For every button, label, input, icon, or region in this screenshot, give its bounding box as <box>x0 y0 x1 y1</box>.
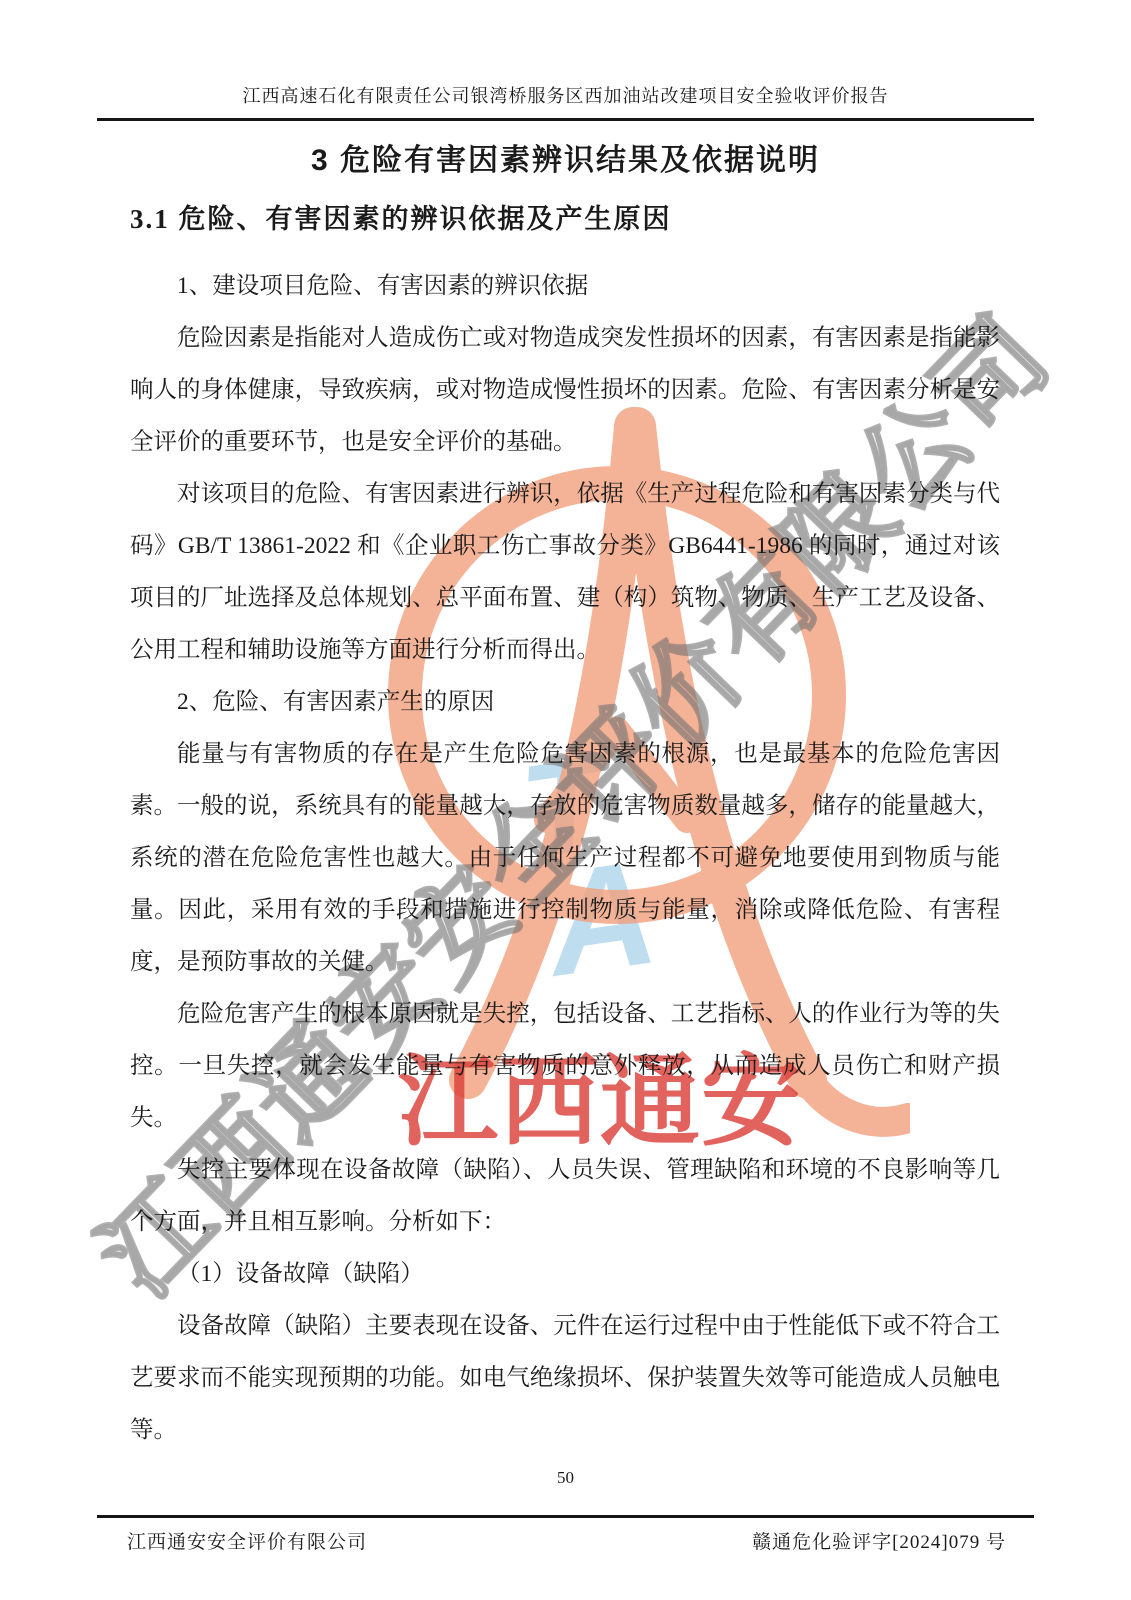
paragraph-list: 1、建设项目危险、有害因素的辨识依据 危险因素是指能对人造成伤亡或对物造成突发性… <box>130 260 1000 1456</box>
footer-company: 江西通安安全评价有限公司 <box>97 1527 367 1554</box>
paragraph: 失控主要体现在设备故障（缺陷）、人员失误、管理缺陷和环境的不良影响等几个方面，并… <box>130 1144 1000 1248</box>
paragraph: 1、建设项目危险、有害因素的辨识依据 <box>130 260 1000 312</box>
header-title: 江西高速石化有限责任公司银湾桥服务区西加油站改建项目安全验收评价报告 <box>243 86 889 106</box>
paragraph: 危险危害产生的根本原因就是失控，包括设备、工艺指标、人的作业行为等的失控。一旦失… <box>130 988 1000 1144</box>
paragraph: 对该项目的危险、有害因素进行辨识，依据《生产过程危险和有害因素分类与代码》GB/… <box>130 468 1000 676</box>
paragraph: 能量与有害物质的存在是产生危险危害因素的根源，也是最基本的危险危害因素。一般的说… <box>130 728 1000 988</box>
paragraph: （1）设备故障（缺陷） <box>130 1248 1000 1300</box>
page-content: 江西高速石化有限责任公司银湾桥服务区西加油站改建项目安全验收评价报告 3 危险有… <box>0 0 1131 1456</box>
paragraph: 设备故障（缺陷）主要表现在设备、元件在运行过程中由于性能低下或不符合工艺要求而不… <box>130 1300 1000 1456</box>
report-page: T A 江西通安安全评价有限公司 江西通安 江西高速石化有限责任公司银湾桥服务区… <box>0 0 1131 1600</box>
page-header: 江西高速石化有限责任公司银湾桥服务区西加油站改建项目安全验收评价报告 <box>97 0 1034 121</box>
page-footer: 江西通安安全评价有限公司 赣通危化验评字[2024]079 号 <box>97 1515 1034 1554</box>
footer-doc-number: 赣通危化验评字[2024]079 号 <box>752 1527 1034 1554</box>
page-number: 50 <box>0 1468 1131 1488</box>
section-title: 3.1 危险、有害因素的辨识依据及产生原因 <box>130 201 1000 237</box>
body-area: 3.1 危险、有害因素的辨识依据及产生原因 1、建设项目危险、有害因素的辨识依据… <box>130 201 1000 1455</box>
paragraph: 2、危险、有害因素产生的原因 <box>130 676 1000 728</box>
paragraph: 危险因素是指能对人造成伤亡或对物造成突发性损坏的因素，有害因素是指能影响人的身体… <box>130 312 1000 468</box>
chapter-title: 3 危险有害因素辨识结果及依据说明 <box>0 141 1131 181</box>
